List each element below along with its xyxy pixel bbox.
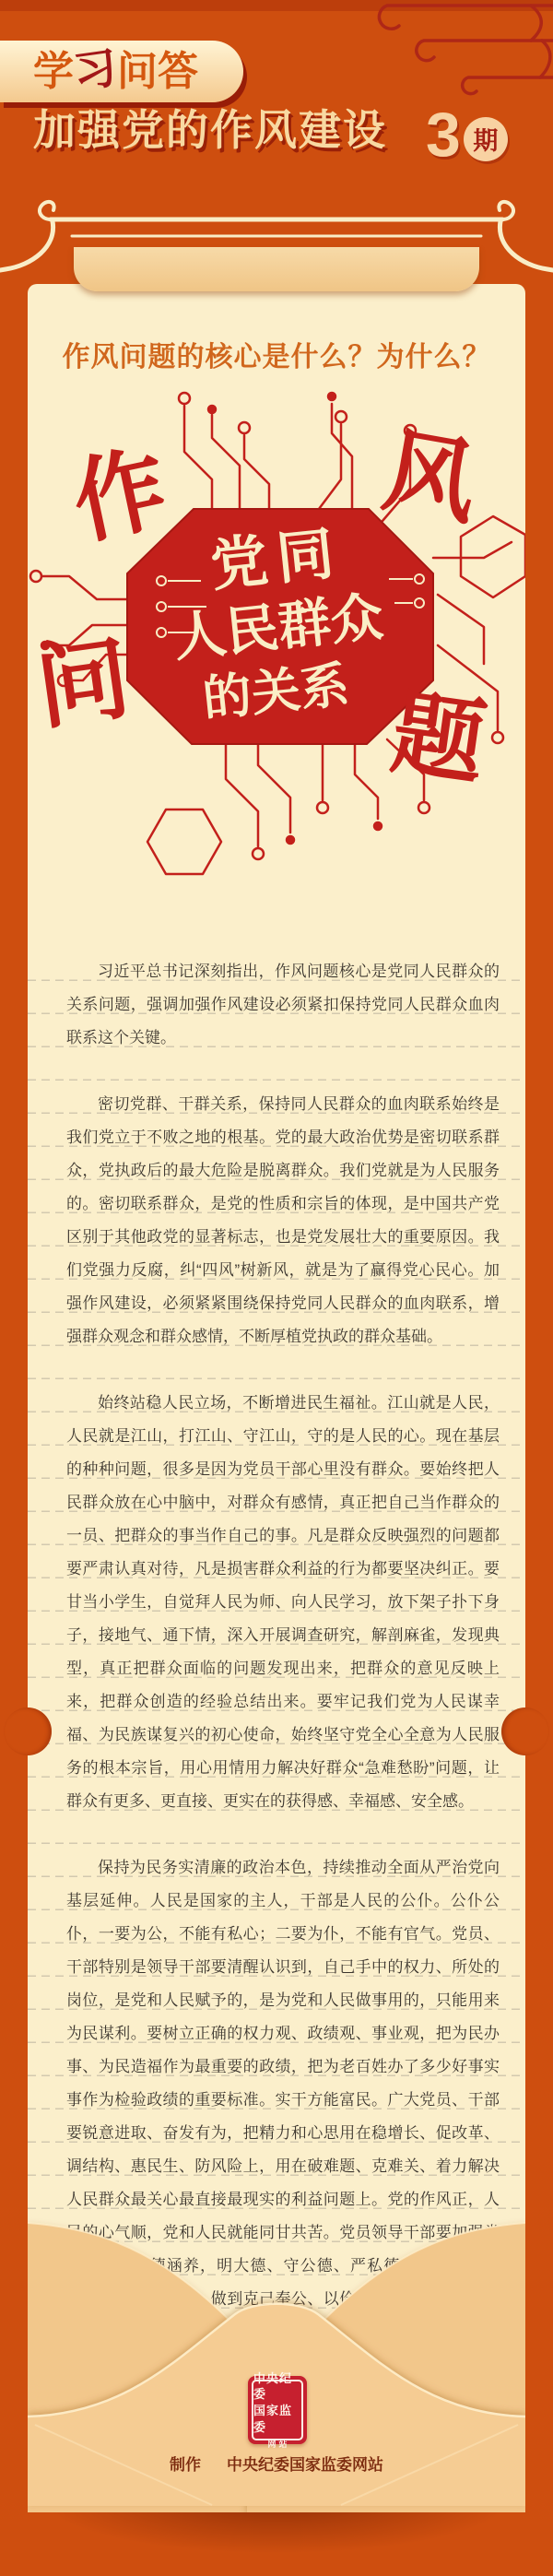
cloud-decoration xyxy=(313,0,553,101)
badge-char-accent: 习 xyxy=(71,45,120,94)
scroll-top-bar xyxy=(74,247,479,291)
right-edge-notch xyxy=(501,1707,549,1755)
poster-page: 学习问答 加强党的作风建设 3 期 作风问题的核心是什么？为什么？ xyxy=(0,0,553,2576)
char-zuo: 作 xyxy=(65,436,176,556)
seal-line-small: 网站 xyxy=(265,2438,289,2450)
badge-char: 问 xyxy=(117,52,158,92)
credit-name: 中央纪委国家监委网站 xyxy=(227,2452,383,2475)
page-title: 加强党的作风建设 xyxy=(33,103,387,159)
calligraphy-artwork: 党同 人民群众 的关系 作 风 问 题 xyxy=(28,369,525,950)
seal-frame: 中央纪委 国家监委 网站 xyxy=(252,2380,303,2440)
credit-label: 制作 xyxy=(170,2452,201,2475)
article-body: 习近平总书记深刻指出，作风问题核心是党同人民群众的关系问题，强调加强作风建设必须… xyxy=(28,948,525,2382)
official-seal: 中央纪委 国家监委 网站 xyxy=(248,2376,307,2444)
seal-line: 中央纪委 xyxy=(253,2370,301,2403)
paragraph-2: 密切党群、干群关系，保持同人民群众的血肉联系始终是我们党立于不败之地的根基。党的… xyxy=(66,1088,500,1353)
left-edge-notch xyxy=(4,1707,52,1755)
char-wen: 问 xyxy=(30,626,136,741)
header-title-row: 加强党的作风建设 3 期 xyxy=(33,103,531,159)
seal-line: 国家监委 xyxy=(253,2403,301,2435)
char-ti: 题 xyxy=(386,681,492,797)
paragraph-1: 习近平总书记深刻指出，作风问题核心是党同人民群众的关系问题，强调加强作风建设必须… xyxy=(66,955,500,1055)
series-badge: 学习问答 xyxy=(0,41,243,102)
issue-indicator: 3 期 xyxy=(426,105,508,165)
char-feng: 风 xyxy=(376,419,485,537)
badge-char: 学 xyxy=(33,52,74,92)
paragraph-3: 始终站稳人民立场，不断增进民生福祉。江山就是人民，人民就是江山，打江山、守江山，… xyxy=(66,1387,500,1818)
badge-char: 答 xyxy=(158,52,198,92)
issue-suffix-badge: 期 xyxy=(464,117,508,161)
issue-number: 3 xyxy=(426,105,461,165)
credit-footer: 制作 中央纪委国家监委网站 xyxy=(0,2452,553,2475)
